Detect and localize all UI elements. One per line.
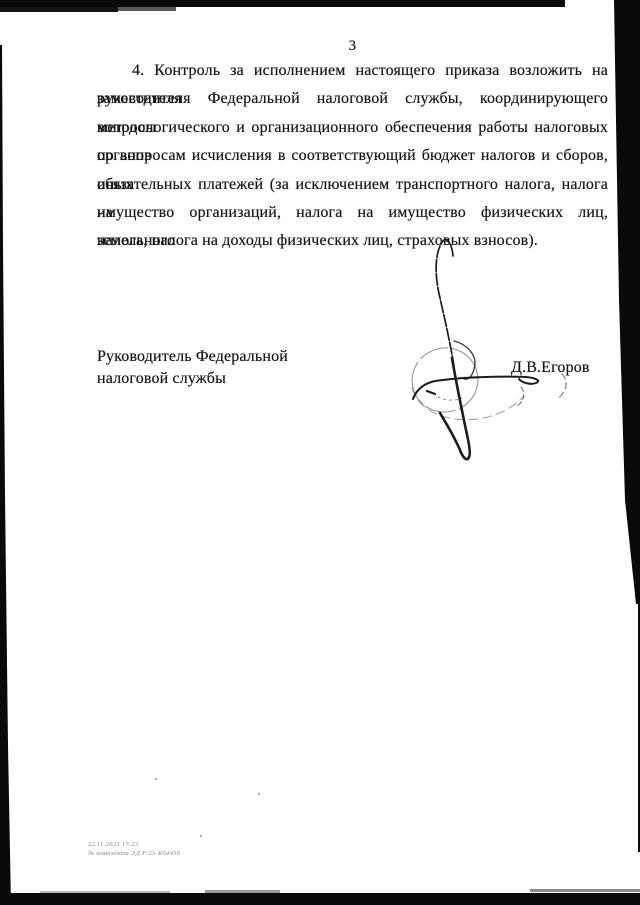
signature-icon bbox=[390, 230, 580, 475]
scan-edge-left bbox=[0, 45, 11, 905]
paragraph-line: по вопросам исчисления в соответствующий… bbox=[97, 142, 608, 170]
signoff-title-line1: Руководитель Федеральной bbox=[97, 346, 288, 368]
paragraph-line: методологического и организационного обе… bbox=[97, 114, 608, 142]
scanned-document-page: { "page_number": "3", "body": { "paragra… bbox=[0, 0, 640, 905]
stamp-datetime: 22.11.2023 17:23 bbox=[88, 840, 180, 849]
edocument-stamp: 22.11.2023 17:23 № комплекта ЭД Р/23-К64… bbox=[88, 840, 180, 858]
scan-speck bbox=[155, 778, 157, 780]
paragraph-line: имущество организаций, налога на имущест… bbox=[97, 199, 608, 227]
paragraph-line: обязательных платежей (за исключением тр… bbox=[97, 171, 608, 199]
paragraph-line: руководителя Федеральной налоговой служб… bbox=[97, 85, 608, 113]
scan-edge-top-gray bbox=[118, 7, 176, 11]
scan-edge-top-segment bbox=[0, 7, 118, 12]
page-number: 3 bbox=[97, 38, 608, 55]
signature-scribble bbox=[390, 230, 580, 475]
scan-edge-bottom bbox=[0, 893, 640, 905]
scan-edge-bottom-gray bbox=[205, 890, 280, 893]
scan-edge-right bbox=[612, 0, 640, 905]
scan-edge-top bbox=[0, 0, 565, 7]
scan-edge-bottom-gray bbox=[530, 889, 640, 892]
scan-speck bbox=[258, 793, 260, 795]
stamp-id: № комплекта ЭД Р/23-К64456 bbox=[88, 849, 180, 858]
scan-edge-bottom-gray bbox=[40, 891, 170, 893]
paragraph-line: 4. Контроль за исполнением настоящего пр… bbox=[97, 57, 608, 85]
signoff-title-line2: налоговой службы bbox=[97, 368, 288, 390]
body-paragraph: 4. Контроль за исполнением настоящего пр… bbox=[97, 57, 608, 256]
scan-speck bbox=[200, 835, 202, 837]
signoff-title: Руководитель Федеральной налоговой служб… bbox=[97, 346, 288, 389]
